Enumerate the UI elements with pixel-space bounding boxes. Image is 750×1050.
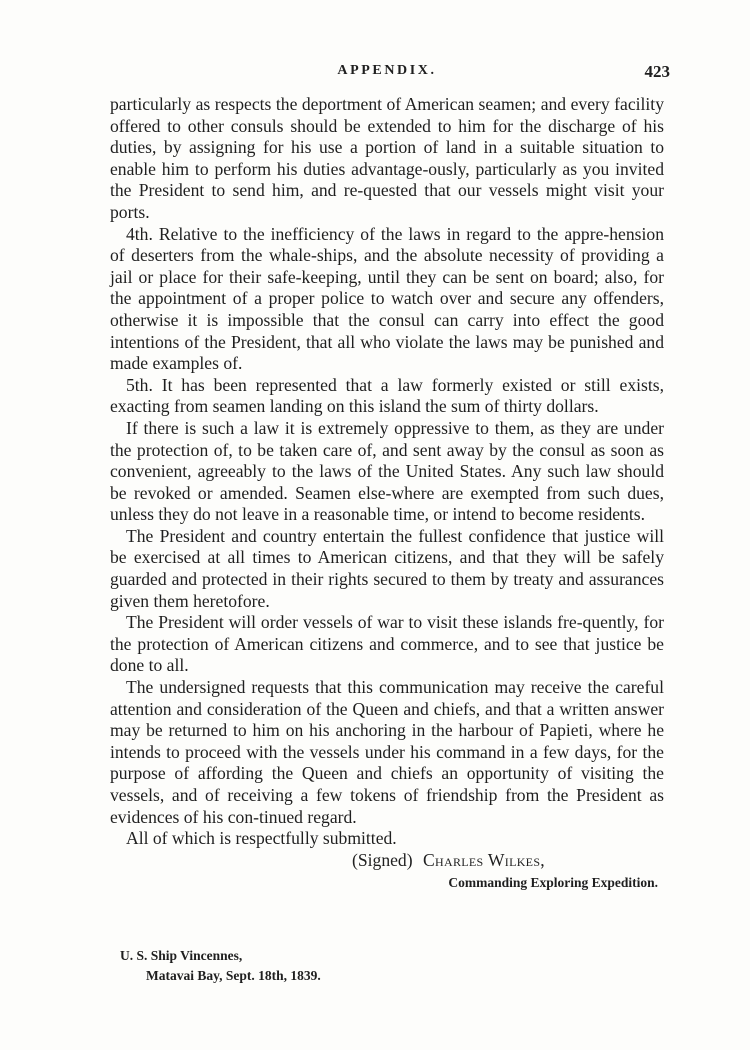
paragraph-confidence: The President and country entertain the … [110,526,664,612]
page-number: 423 [645,62,671,82]
paragraph-continued: particularly as respects the deportment … [110,94,664,224]
paragraph-law-oppressive: If there is such a law it is extremely o… [110,418,664,526]
signature-block: (Signed) Charles Wilkes, Commanding Expl… [110,850,664,894]
signed-label: (Signed) [352,850,413,872]
ship-line: U. S. Ship Vincennes, [120,946,321,966]
paragraph-vessels-of-war: The President will order vessels of war … [110,612,664,677]
running-head: APPENDIX. 423 [110,60,664,84]
running-title: APPENDIX. [110,63,664,79]
location-date-line: Matavai Bay, Sept. 18th, 1839. [120,966,321,986]
place-date-block: U. S. Ship Vincennes, Matavai Bay, Sept.… [120,946,321,986]
paragraph-undersigned-requests: The undersigned requests that this commu… [110,677,664,828]
body-text: particularly as respects the deportment … [110,94,664,894]
paragraph-4th: 4th. Relative to the inefficiency of the… [110,224,664,375]
signer-name: Charles Wilkes, [423,850,545,872]
paragraph-5th: 5th. It has been represented that a law … [110,375,664,418]
signer-title: Commanding Exploring Expedition. [448,872,658,894]
document-page: APPENDIX. 423 particularly as respects t… [0,0,750,1050]
paragraph-submitted: All of which is respectfully submitted. [110,828,664,850]
